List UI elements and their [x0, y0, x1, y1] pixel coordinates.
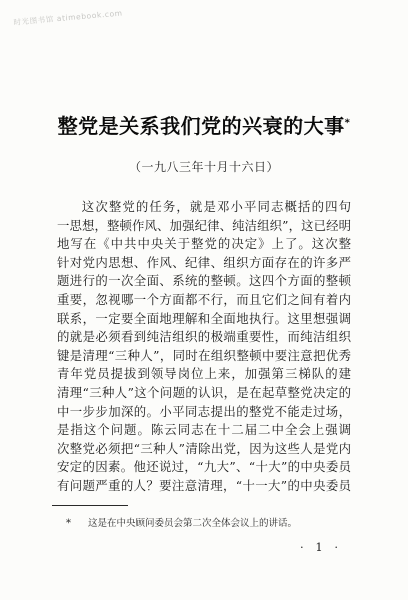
title-footnote-marker: *: [345, 117, 351, 128]
scanned-book-page: 时光图书馆 atimebook.com 整党是关系我们党的兴衰的大事* （一九八…: [0, 0, 408, 600]
body-line: 中一步步加深的。小平同志提出的整党不能走过场，首先: [57, 403, 351, 422]
body-line: 次整党必须把“三种人”清除出党，因为这些人是党内最不: [57, 440, 351, 459]
watermark: 时光图书馆 atimebook.com: [13, 7, 123, 28]
page-title-text: 整党是关系我们党的兴衰的大事: [58, 114, 345, 138]
footnote-text: 这是在中央顾问委员会第二次全体会议上的讲话。: [88, 517, 297, 530]
body-line: 安定的因素。他还说过，“九大”、“十大”的中央委员中有没: [57, 458, 351, 477]
body-line: 青年党员提拔到领导岗位上来，加强第三梯队的建设。对: [57, 365, 351, 384]
body-line: 是指这个问题。陈云同志在十二届二中全会上强调说，这: [57, 421, 351, 440]
body-line: 这次整党的任务，就是邓小平同志概括的四句话：“统: [57, 198, 351, 217]
date-line: （一九八三年十月十六日）: [0, 158, 408, 175]
page-title: 整党是关系我们党的兴衰的大事*: [0, 110, 408, 139]
body-line: 的就是必须看到纯洁组织的极端重要性，而纯洁组织的关: [57, 328, 351, 347]
body-line: 一思想，整顿作风、加强纪律、纯洁组织”，这已经明确: [57, 217, 351, 236]
body-line: 题进行的一次全面、系统的整顿。这四个方面的整顿都很: [57, 272, 351, 291]
body-line: 针对党内思想、作风、纪律、组织方面存在的许多严重问: [57, 254, 351, 273]
body-line: 地写在《中共中央关于整党的决定》上了。这次整党，是: [57, 235, 351, 254]
body-line: 有问题严重的人？要注意清理，“十一大”的中央委员的情: [57, 477, 351, 496]
footnote: * 这是在中央顾问委员会第二次全体会议上的讲话。: [66, 517, 356, 530]
body-line: 键是清理“三种人”，同时在组织整顿中要注意把优秀的中: [57, 347, 351, 366]
footnote-separator: [52, 505, 128, 506]
body-text: 这次整党的任务，就是邓小平同志概括的四句话：“统 一思想，整顿作风、加强纪律、纯…: [57, 198, 351, 496]
page-number: · 1 ·: [300, 540, 342, 554]
body-line: 联系，一定要全面地理解和全面地执行。这里想强调一下: [57, 310, 351, 329]
body-line: 重要，忽视哪一个方面都不行，而且它们之间有着内在的: [57, 291, 351, 310]
body-line: 清理“三种人”这个问题的认识，是在起草整党决定的过程: [57, 384, 351, 403]
footnote-marker: *: [66, 517, 88, 530]
